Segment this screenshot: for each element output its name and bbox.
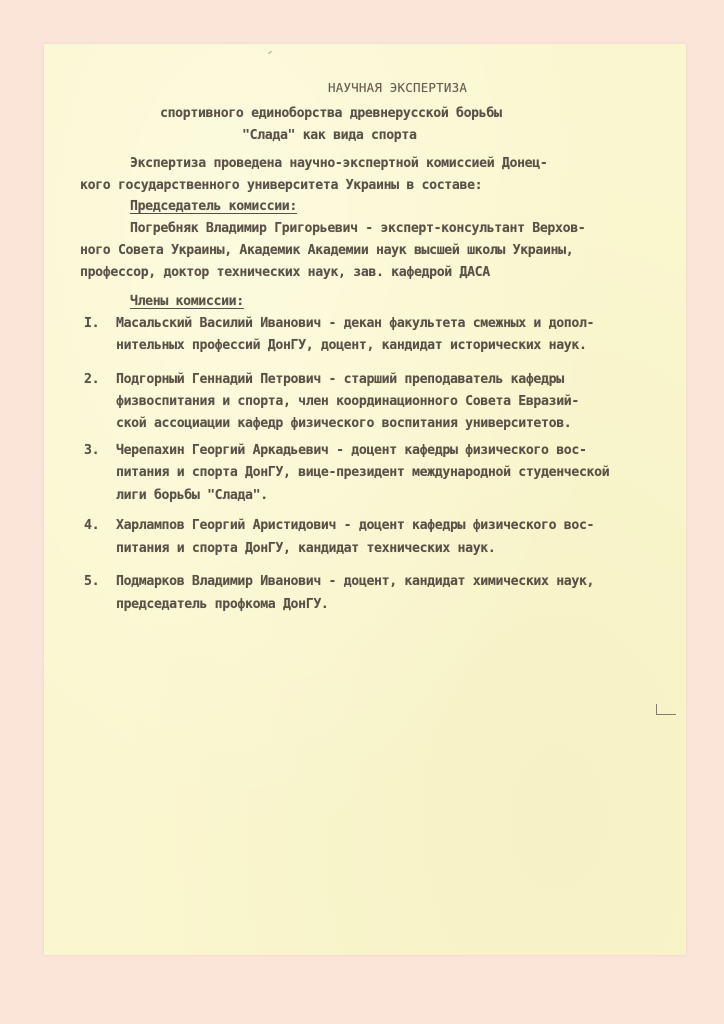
paper-mark xyxy=(268,51,272,54)
member-line: нительных профессий ДонГУ, доцент, канди… xyxy=(116,338,587,353)
member-line: Черепахин Георгий Аркадьевич - доцент ка… xyxy=(116,443,587,458)
chair-line-3: профессор, доктор технических наук, зав.… xyxy=(80,265,490,280)
paper-mark xyxy=(664,714,676,715)
member-line: Харлампов Георгий Аристидович - доцент к… xyxy=(116,518,594,533)
document-subtitle-line-1: спортивного единоборства древнерусской б… xyxy=(160,106,502,121)
member-line: Подгорный Геннадий Петрович - старший пр… xyxy=(116,372,564,387)
member-line: ской ассоциации кафедр физического воспи… xyxy=(116,416,571,431)
member-number: 4. xyxy=(84,518,99,533)
chair-heading: Председатель комиссии: xyxy=(130,199,297,214)
member-number: 3. xyxy=(84,443,99,458)
member-line: физвоспитания и спорта, член координацио… xyxy=(116,394,579,409)
member-number: 2. xyxy=(84,372,99,387)
document-page: НАУЧНАЯ ЭКСПЕРТИЗА спортивного единоборс… xyxy=(44,44,686,955)
member-line: Подмарков Владимир Иванович - доцент, ка… xyxy=(116,574,594,589)
document-title: НАУЧНАЯ ЭКСПЕРТИЗА xyxy=(328,80,467,95)
member-number: 5. xyxy=(84,574,99,589)
members-heading: Члены комиссии: xyxy=(130,294,244,309)
chair-line-2: ного Совета Украины, Академик Академии н… xyxy=(80,243,573,258)
intro-line-1: Экспертиза проведена научно-экспертной к… xyxy=(130,156,547,171)
member-line: питания и спорта ДонГУ, вице-президент м… xyxy=(116,465,609,480)
member-line: питания и спорта ДонГУ, кандидат техниче… xyxy=(116,541,495,556)
member-line: председатель профкома ДонГУ. xyxy=(116,597,329,612)
member-number: I. xyxy=(84,316,99,331)
document-subtitle-line-2: "Слада" как вида спорта xyxy=(242,128,417,143)
intro-line-2: кого государственного университета Украи… xyxy=(80,178,482,193)
chair-line-1: Погребняк Владимир Григорьевич - эксперт… xyxy=(130,221,585,236)
member-line: Масальский Василий Иванович - декан факу… xyxy=(116,316,594,331)
member-line: лиги борьбы "Слада". xyxy=(116,488,268,503)
